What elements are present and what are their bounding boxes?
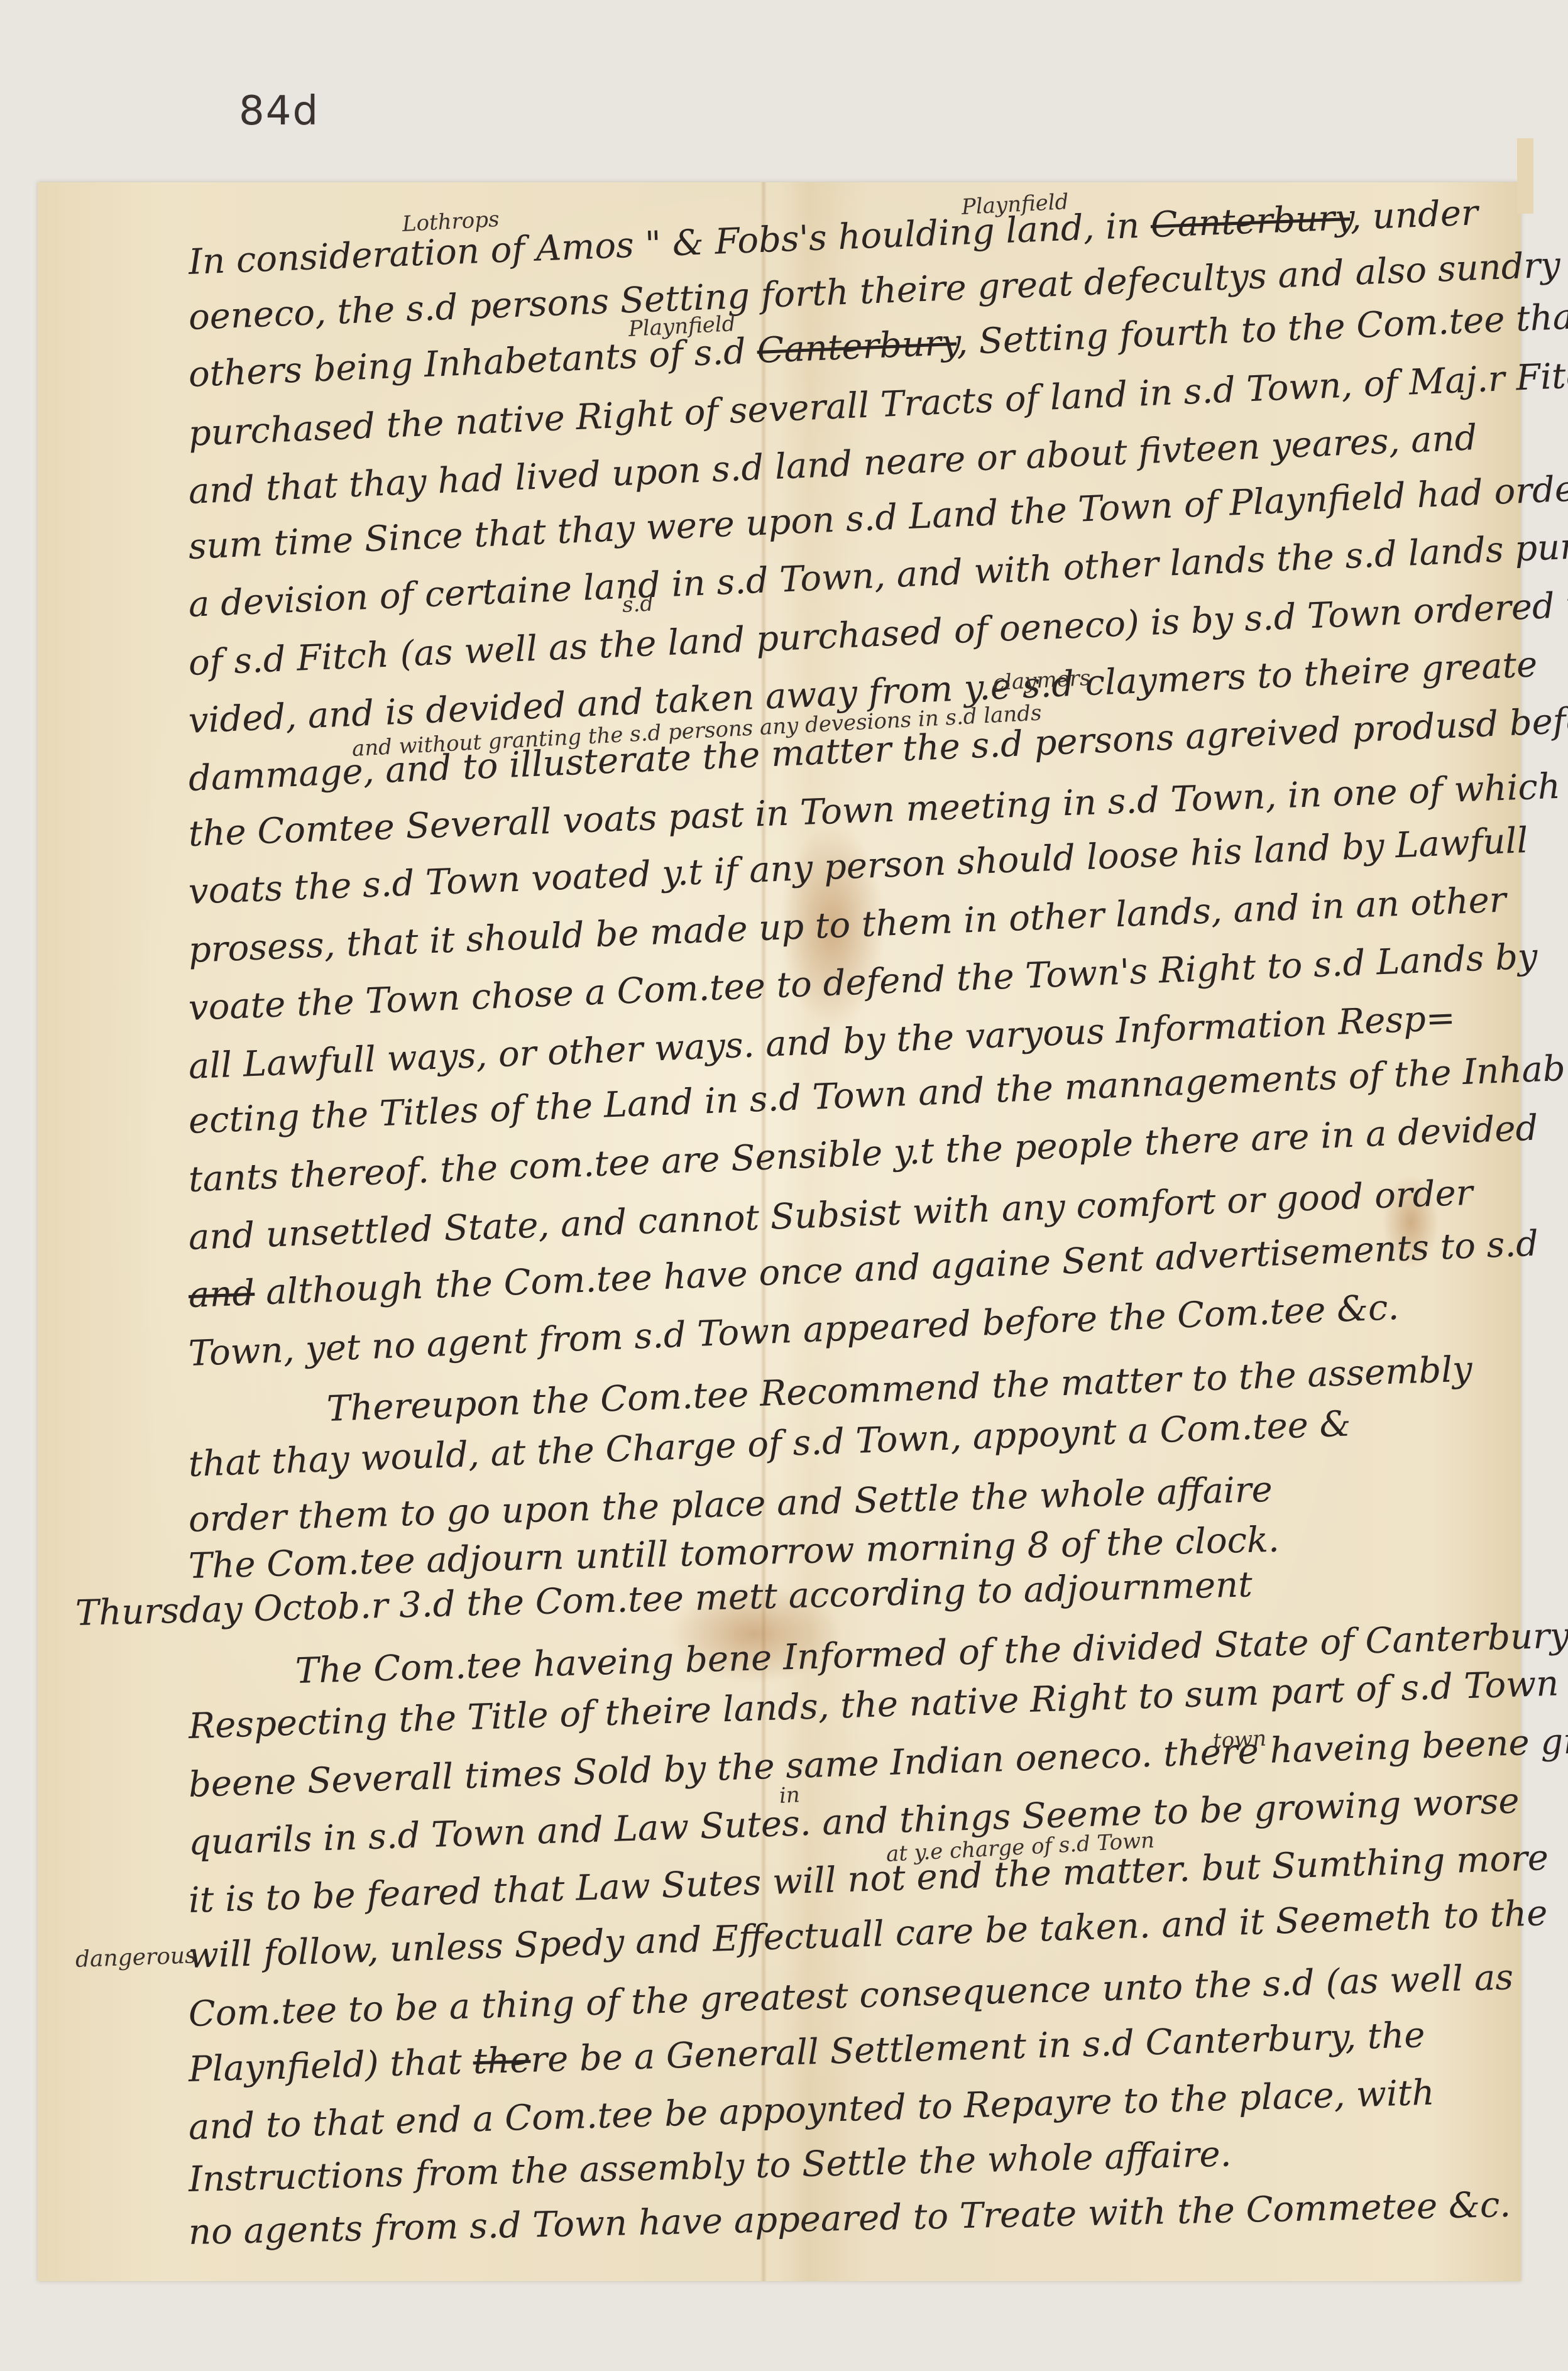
interlinear-insertion: town: [1212, 1726, 1267, 1753]
folio-number: 84d: [239, 88, 319, 134]
paper-tab: [1517, 138, 1533, 214]
interlinear-insertion: Lothrops: [402, 207, 500, 237]
struck-word: the: [473, 2039, 531, 2082]
interlinear-insertion: s.d: [622, 591, 654, 618]
struck-word: and: [188, 1273, 256, 1316]
struck-word: Canterbury: [1150, 197, 1351, 246]
interlinear-insertion: in: [779, 1783, 801, 1809]
margin-note: dangerous: [75, 1942, 197, 1973]
interlinear-insertion: claymers: [992, 665, 1091, 695]
interlinear-insertion: Playnfield: [628, 311, 736, 342]
struck-word: Canterbury: [756, 322, 957, 371]
